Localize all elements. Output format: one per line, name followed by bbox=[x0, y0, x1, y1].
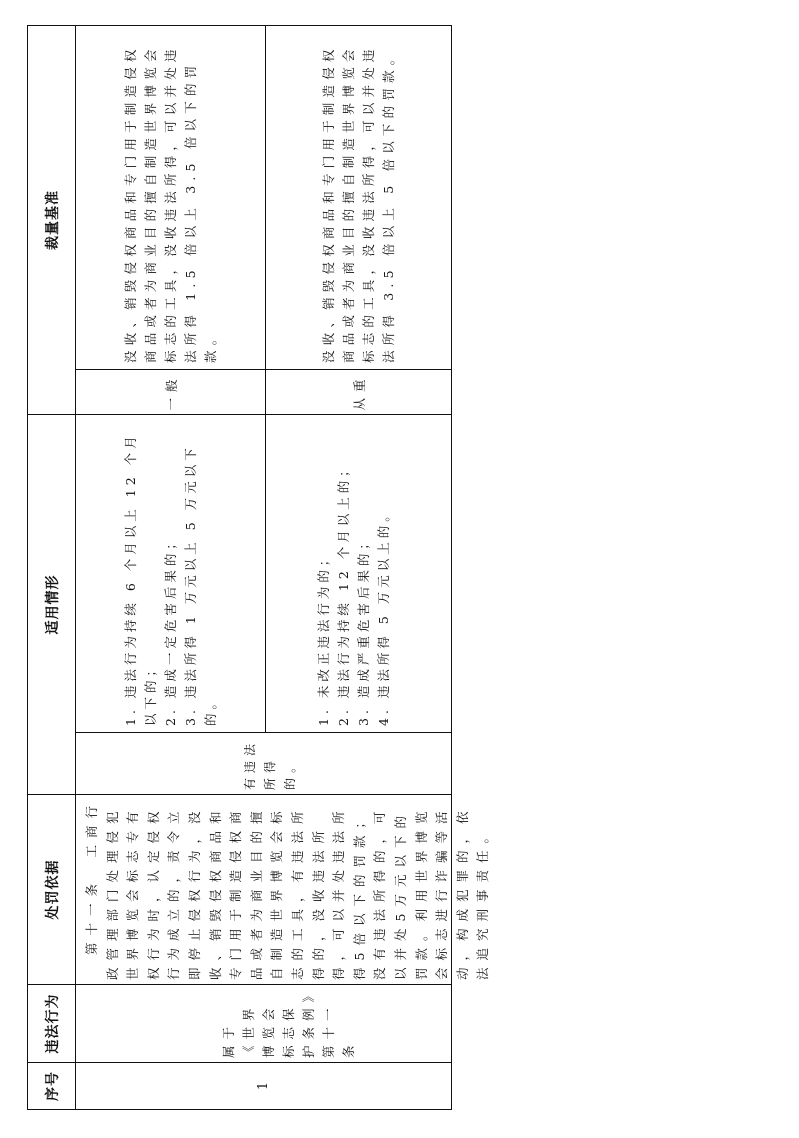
situation-severe-item: 2. 违法行为持续 12 个月以上的； bbox=[334, 460, 354, 726]
violation-text: 属于《世界博览会标志保护条例》第十一条 bbox=[219, 985, 359, 1062]
basis-cell: 第十一条 工商行政管理部门处理侵犯世界博览会标志专有权行为时，认定侵权行为成立的… bbox=[76, 794, 451, 984]
situation-general-cell: 1. 违法行为持续 6 个月以上 12 个月以下的； 2. 造成一定危害后果的；… bbox=[76, 414, 266, 732]
discretion-table: 序号 违法行为 处罚依据 适用情形 裁量基准 1 属于《世界博览会标志保护条例》… bbox=[27, 25, 452, 1110]
situation-severe-item: 3. 造成严重危害后果的； bbox=[354, 460, 374, 726]
seq-cell: 1 bbox=[76, 1062, 451, 1109]
situation-general-item: 3. 违法所得 1 万元以上 5 万元以下的。 bbox=[181, 421, 221, 726]
situation-severe-item: 1. 未改正违法行为的； bbox=[314, 460, 334, 726]
situation-general-item: 2. 造成一定危害后果的； bbox=[161, 421, 181, 726]
situation-general-list: 1. 违法行为持续 6 个月以上 12 个月以下的； 2. 造成一定危害后果的；… bbox=[117, 415, 225, 732]
header-situation: 适用情形 bbox=[28, 414, 76, 794]
header-basis: 处罚依据 bbox=[28, 794, 76, 984]
level-general-label: 一般 bbox=[76, 369, 266, 414]
header-discretion: 裁量基准 bbox=[28, 26, 76, 414]
condition-cell: 有违法所得的。 bbox=[76, 732, 451, 794]
header-seq: 序号 bbox=[28, 1062, 76, 1109]
situation-severe-item: 4. 违法所得 5 万元以上的。 bbox=[374, 460, 394, 726]
situation-severe-cell: 1. 未改正违法行为的； 2. 违法行为持续 12 个月以上的； 3. 造成严重… bbox=[266, 414, 451, 732]
situation-general-item: 1. 违法行为持续 6 个月以上 12 个月以下的； bbox=[121, 421, 161, 726]
basis-text: 第十一条 工商行政管理部门处理侵犯世界博览会标志专有权行为时，认定侵权行为成立的… bbox=[76, 795, 500, 984]
condition-text: 有违法所得的。 bbox=[240, 733, 300, 794]
standard-severe-cell: 没收、销毁侵权商品和专门用于制造侵权商品或者为商业目的擅自制造世界博览会标志的工… bbox=[266, 26, 451, 369]
header-violation: 违法行为 bbox=[28, 984, 76, 1062]
standard-general-cell: 没收、销毁侵权商品和专门用于制造侵权商品或者为商业目的擅自制造世界博览会标志的工… bbox=[76, 26, 266, 369]
standard-severe-text: 没收、销毁侵权商品和专门用于制造侵权商品或者为商业目的擅自制造世界博览会标志的工… bbox=[315, 26, 403, 369]
situation-severe-list: 1. 未改正违法行为的； 2. 违法行为持续 12 个月以上的； 3. 造成严重… bbox=[310, 454, 398, 732]
level-severe-label: 从重 bbox=[266, 369, 451, 414]
violation-cell: 属于《世界博览会标志保护条例》第十一条 bbox=[76, 984, 451, 1062]
rotated-page: 序号 违法行为 处罚依据 适用情形 裁量基准 1 属于《世界博览会标志保护条例》… bbox=[27, 25, 452, 1110]
standard-general-text: 没收、销毁侵权商品和专门用于制造侵权商品或者为商业目的擅自制造世界博览会标志的工… bbox=[117, 26, 225, 369]
